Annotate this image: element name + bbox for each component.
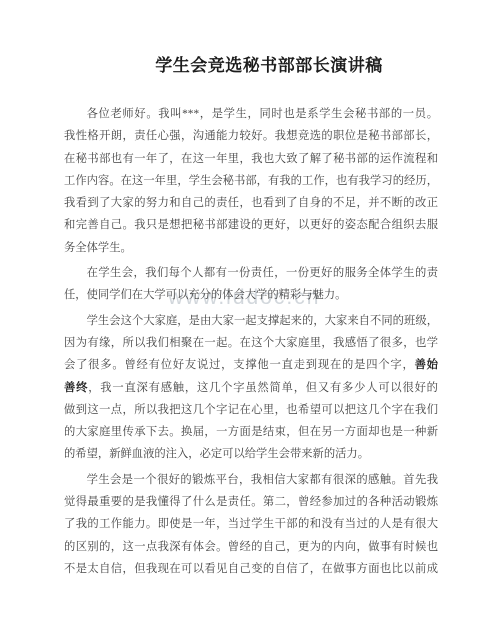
text-line: 觉得最重要的是我懂得了什么是责任。第二，曾经参加过的各种活动锻炼 — [64, 491, 438, 513]
text-line: 在学生会，我们每个人都有一份责任，一份更好的服务全体学生的责 — [64, 262, 438, 284]
paragraph: 学生会是一个很好的锻炼平台，我相信大家都有很深的感触。首先我觉得最重要的是我懂得… — [64, 469, 438, 580]
text-segment: 做到这一点，所以我把这几个字记在心里，也希望可以把这几个字在我们 — [64, 404, 438, 416]
text-segment: 的区别的，这一点我深有体会。曾经的自己，更为的内向，做事有时候也 — [64, 541, 438, 553]
document-page: www.lddoc.cn 学生会竞选秘书部部长演讲稿 各位老师好。我叫***，是… — [0, 0, 500, 632]
text-line: 我看到了大家的努力和自己的责任，也看到了自身的不足，并不断的改正 — [64, 192, 438, 214]
text-line: 和完善自己。我只是想把秘书部建设的更好，以更好的姿态配合组织去服 — [64, 214, 438, 236]
text-line: 不是太自信，但我现在可以看见自己变的自信了，在做事方面也比以前成 — [64, 558, 438, 580]
text-line: 我性格开朗，责任心强，沟通能力较好。我想竞选的职位是秘书部部长， — [64, 125, 438, 147]
text-segment: 工作内容。在这一年里，学生会秘书部，有我的工作，也有我学习的经历， — [64, 175, 438, 187]
text-line: 会了很多。曾经有位好友说过，支撑他一直走到现在的是四个字，善始 — [64, 354, 438, 376]
text-line: 的大家庭里传承下去。换届，一方面是结束，但在另一方面却也是一种新 — [64, 421, 438, 443]
text-segment: 了我的工作能力。即使是一年，当过学生干部的和没有当过的人是有很大 — [64, 518, 438, 530]
paragraph: 各位老师好。我叫***，是学生，同时也是系学生会秘书部的一员。我性格开朗，责任心… — [64, 103, 438, 259]
text-segment: 学生会是一个很好的锻炼平台，我相信大家都有很深的感触。首先我 — [87, 474, 438, 486]
text-line: 了我的工作能力。即使是一年，当过学生干部的和没有当过的人是有很大 — [64, 513, 438, 535]
text-segment: 和完善自己。我只是想把秘书部建设的更好，以更好的姿态配合组织去服 — [64, 219, 438, 231]
text-segment: 因为有缘，所以我们相聚在一起。在这个大家庭里，我感悟了很多，也学 — [64, 337, 438, 349]
text-segment: 的希望，新鲜血液的注入，必定可以给学生会带来新的活力。 — [64, 448, 369, 460]
text-segment: 任，使同学们在大学可以充分的体会大学的精彩与魅力。 — [64, 289, 346, 301]
text-segment: 会了很多。曾经有位好友说过，支撑他一直走到现在的是四个字， — [64, 359, 415, 371]
text-line: 因为有缘，所以我们相聚在一起。在这个大家庭里，我感悟了很多，也学 — [64, 332, 438, 354]
text-line: 的希望，新鲜血液的注入，必定可以给学生会带来新的活力。 — [64, 443, 438, 465]
text-segment: 学生会这个大家庭，是由大家一起支撑起来的，大家来自不同的班级， — [87, 315, 438, 327]
text-line: 善终，我一直深有感触，这几个字虽然简单，但又有多少人可以很好的 — [64, 377, 438, 399]
text-segment: 在秘书部也有一年了，在这一年里，我也大致了解了秘书部的运作流程和 — [64, 153, 438, 165]
text-segment: ，我一直深有感触，这几个字虽然简单，但又有多少人可以很好的 — [88, 382, 438, 394]
text-line: 各位老师好。我叫***，是学生，同时也是系学生会秘书部的一员。 — [64, 103, 438, 125]
text-line: 在秘书部也有一年了，在这一年里，我也大致了解了秘书部的运作流程和 — [64, 148, 438, 170]
paragraph: 在学生会，我们每个人都有一份责任，一份更好的服务全体学生的责任，使同学们在大学可… — [64, 262, 438, 307]
text-segment: 的大家庭里传承下去。换届，一方面是结束，但在另一方面却也是一种新 — [64, 426, 438, 438]
text-line: 务全体学生。 — [64, 237, 438, 259]
paragraph: 学生会这个大家庭，是由大家一起支撑起来的，大家来自不同的班级，因为有缘，所以我们… — [64, 310, 438, 466]
document-content: 学生会竞选秘书部部长演讲稿 各位老师好。我叫***，是学生，同时也是系学生会秘书… — [64, 55, 438, 580]
text-line: 的区别的，这一点我深有体会。曾经的自己，更为的内向，做事有时候也 — [64, 536, 438, 558]
text-line: 做到这一点，所以我把这几个字记在心里，也希望可以把这几个字在我们 — [64, 399, 438, 421]
paragraphs-container: 各位老师好。我叫***，是学生，同时也是系学生会秘书部的一员。我性格开朗，责任心… — [64, 103, 438, 580]
bold-text-segment: 善终 — [64, 382, 88, 394]
text-line: 任，使同学们在大学可以充分的体会大学的精彩与魅力。 — [64, 284, 438, 306]
text-segment: 我性格开朗，责任心强，沟通能力较好。我想竞选的职位是秘书部部长， — [64, 130, 438, 142]
bold-text-segment: 善始 — [415, 359, 438, 371]
document-title: 学生会竞选秘书部部长演讲稿 — [82, 55, 456, 77]
text-segment: 觉得最重要的是我懂得了什么是责任。第二，曾经参加过的各种活动锻炼 — [64, 496, 438, 508]
text-segment: 务全体学生。 — [64, 242, 132, 254]
text-line: 学生会这个大家庭，是由大家一起支撑起来的，大家来自不同的班级， — [64, 310, 438, 332]
text-line: 学生会是一个很好的锻炼平台，我相信大家都有很深的感触。首先我 — [64, 469, 438, 491]
text-segment: 不是太自信，但我现在可以看见自己变的自信了，在做事方面也比以前成 — [64, 563, 438, 575]
text-line: 工作内容。在这一年里，学生会秘书部，有我的工作，也有我学习的经历， — [64, 170, 438, 192]
text-segment: 我看到了大家的努力和自己的责任，也看到了自身的不足，并不断的改正 — [64, 197, 438, 209]
text-segment: 各位老师好。我叫***，是学生，同时也是系学生会秘书部的一员。 — [87, 108, 438, 120]
text-segment: 在学生会，我们每个人都有一份责任，一份更好的服务全体学生的责 — [87, 267, 438, 279]
